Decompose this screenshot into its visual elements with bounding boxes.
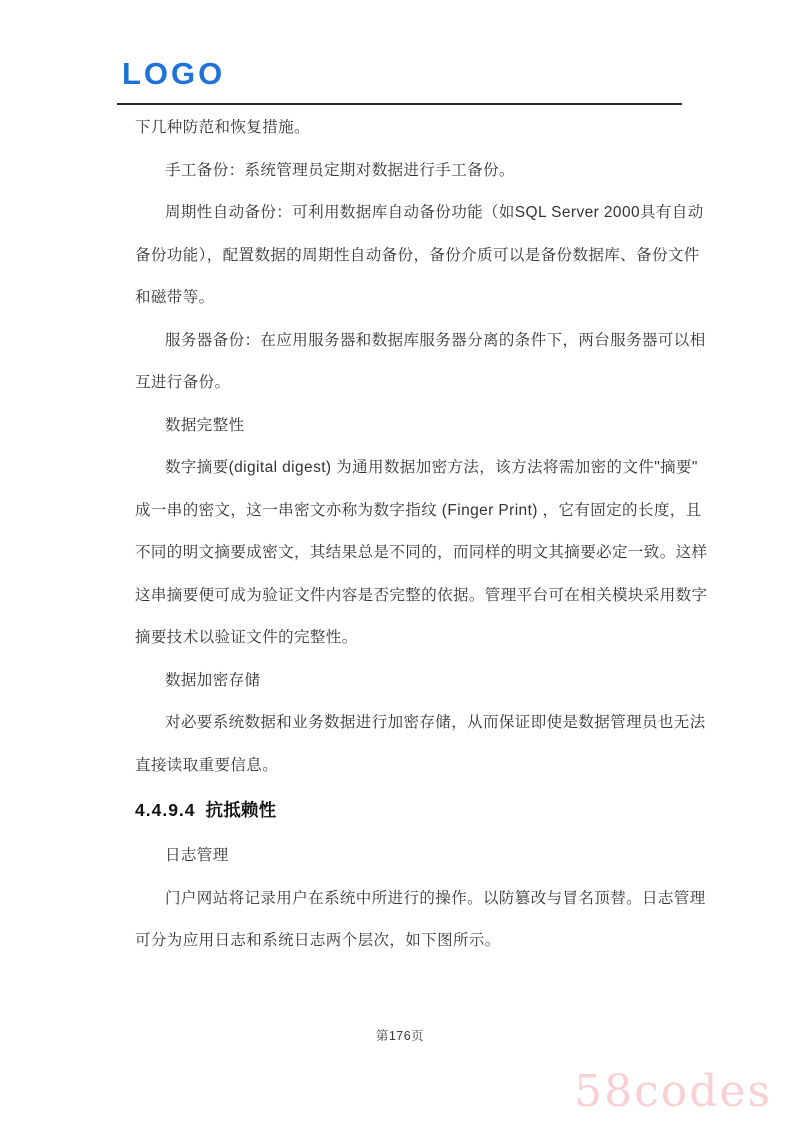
section-heading-title: 抗抵赖性 — [206, 800, 277, 820]
body-line: 服务器备份：在应用服务器和数据库服务器分离的条件下，两台服务器可以相 — [135, 320, 685, 363]
document-page: LOGO 下几种防范和恢复措施。 手工备份：系统管理员定期对数据进行手工备份。 … — [0, 0, 800, 1132]
body-line: 不同的明文摘要成密文，其结果总是不同的，而同样的明文其摘要必定一致。这样 — [135, 532, 685, 575]
body-line: 数据加密存储 — [135, 660, 685, 703]
body-line: 互进行备份。 — [135, 362, 685, 405]
body-line: 备份功能），配置数据的周期性自动备份，备份介质可以是备份数据库、备份文件 — [135, 235, 685, 278]
body-line: 直接读取重要信息。 — [135, 745, 685, 788]
document-body: 下几种防范和恢复措施。 手工备份：系统管理员定期对数据进行手工备份。 周期性自动… — [135, 107, 685, 963]
body-line: 成一串的密文，这一串密文亦称为数字指纹 (Finger Print) ，它有固定… — [135, 490, 685, 533]
body-line: 对必要系统数据和业务数据进行加密存储，从而保证即使是数据管理员也无法 — [135, 702, 685, 745]
body-line: 日志管理 — [135, 835, 685, 878]
body-line: 下几种防范和恢复措施。 — [135, 107, 685, 150]
body-line: 门户网站将记录用户在系统中所进行的操作。以防篡改与冒名顶替。日志管理 — [135, 878, 685, 921]
body-line: 周期性自动备份：可利用数据库自动备份功能（如SQL Server 2000具有自… — [135, 192, 685, 235]
body-line: 这串摘要便可成为验证文件内容是否完整的依据。管理平台可在相关模块采用数字 — [135, 575, 685, 618]
body-line: 和磁带等。 — [135, 277, 685, 320]
page-number: 第176页 — [0, 1026, 800, 1044]
section-heading-number: 4.4.9.4 — [135, 800, 196, 820]
body-line: 摘要技术以验证文件的完整性。 — [135, 617, 685, 660]
logo: LOGO — [122, 56, 225, 92]
body-line: 数字摘要(digital digest) 为通用数据加密方法，该方法将需加密的文… — [135, 447, 685, 490]
header-divider — [117, 103, 682, 105]
section-heading: 4.4.9.4抗抵赖性 — [135, 795, 685, 825]
body-line: 数据完整性 — [135, 405, 685, 448]
watermark: 58codes — [574, 1068, 772, 1116]
body-line: 可分为应用日志和系统日志两个层次，如下图所示。 — [135, 920, 685, 963]
body-line: 手工备份：系统管理员定期对数据进行手工备份。 — [135, 150, 685, 193]
